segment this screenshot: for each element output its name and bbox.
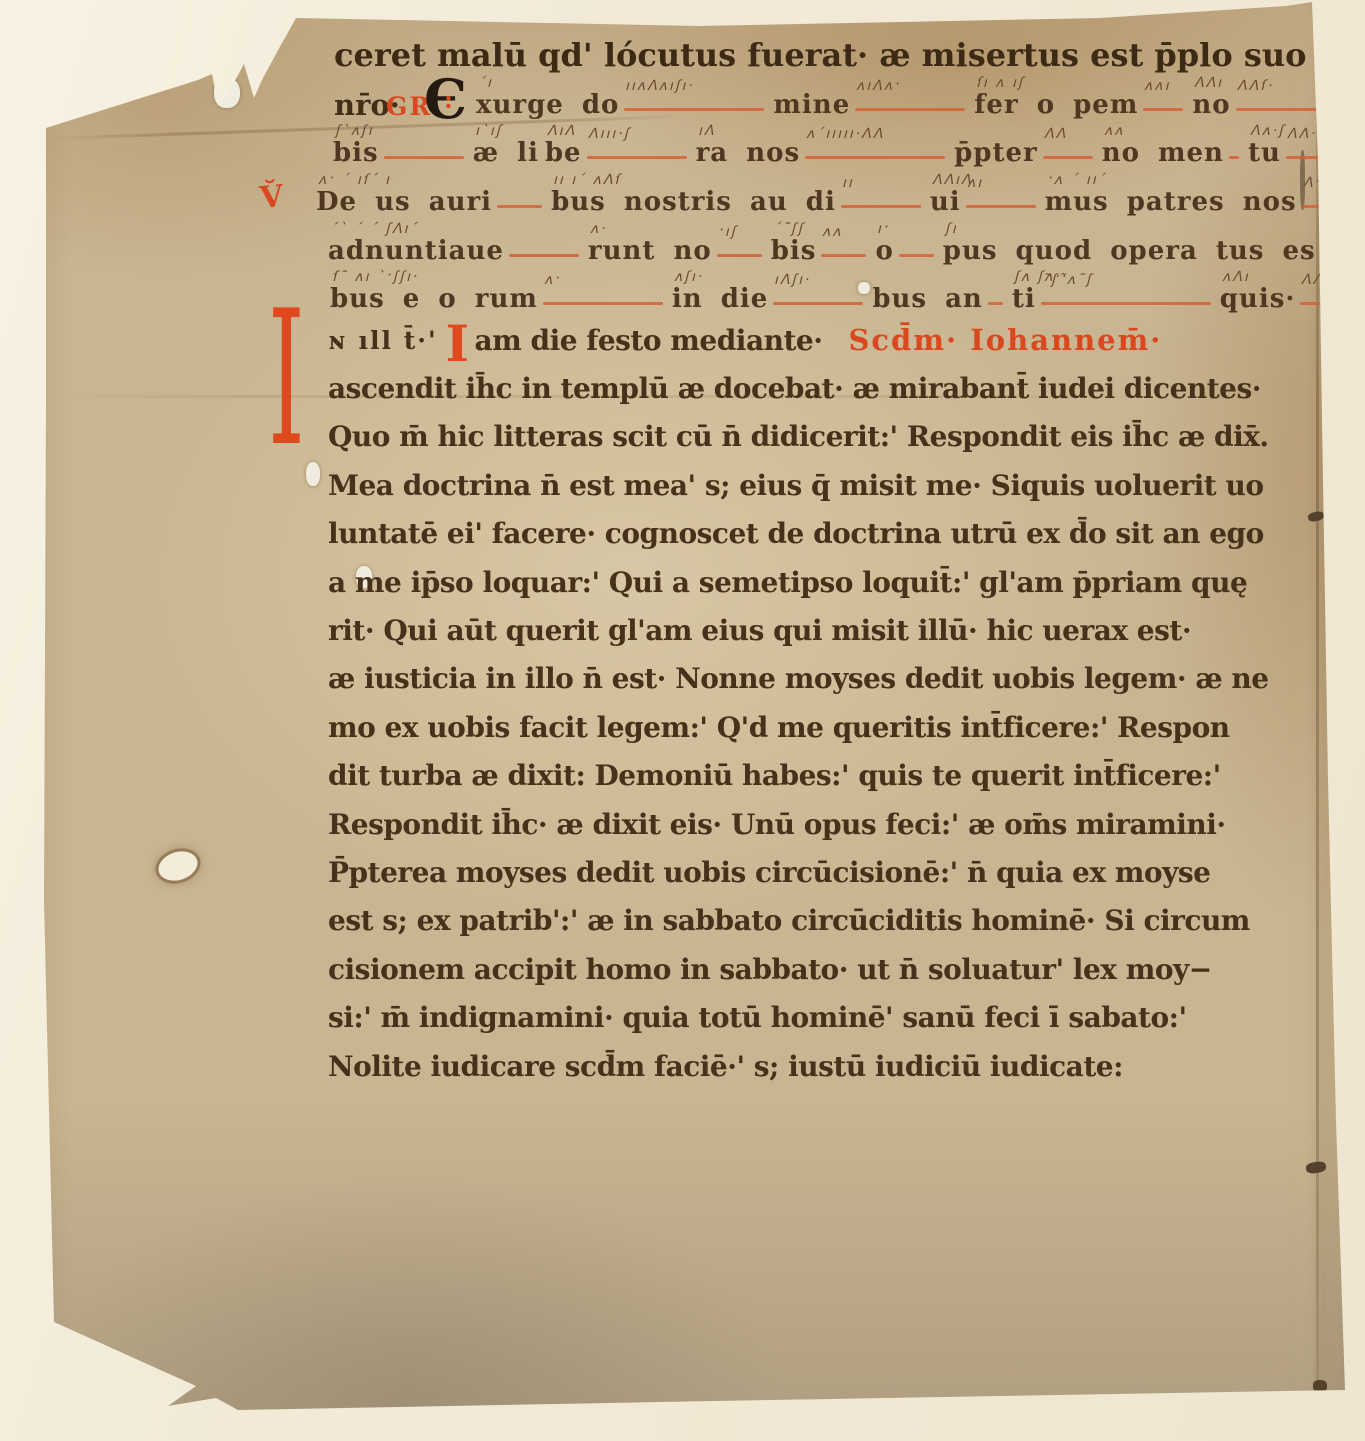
guide-line-extender	[988, 302, 1003, 305]
guide-line-extender: ΛΛΛʃ	[1300, 302, 1365, 305]
guide-line-extender	[509, 254, 579, 257]
parchment-hole	[155, 847, 202, 886]
chant-line: ʌˑ ˊ ıſˊ ıDe us auriıı ıˊ ʌΛſbus nostris…	[316, 163, 1365, 217]
gospel-line: æ iusticia in illo n̄ est· Nonne moyses …	[328, 655, 1269, 703]
guide-line-extender: Λˑʌˑ	[1302, 205, 1365, 208]
neume-group: ſı ʌ ıʃ	[975, 75, 1028, 91]
chant-syllable: ʃʌ ʃʌ··ti˜ʃ˜ʌ˜ʃ	[1012, 284, 1214, 314]
gospel-line: Respondit ih̄c· æ dixit eis· Unū opus fe…	[328, 800, 1269, 848]
gospel-line: ascendit ih̄c in templū æ docebat· æ mir…	[328, 364, 1269, 412]
gospel-line: a me ip̄so loquar:' Qui a semetipso loqu…	[328, 558, 1269, 606]
neume-group: ʌı	[966, 175, 986, 191]
gospel-incipit: ɴ ıll t̄·'	[328, 326, 438, 355]
neume-group: ˑʌ ˊ ııˊ	[1046, 172, 1110, 188]
chant-syllable-text: bus e o rum	[330, 284, 538, 314]
neume-group: ʌ·	[589, 221, 610, 237]
chant-line: ˊˋ ˊ ˊ ʃΛıˊadnuntiaueʌ·runt noˑıʃˊ˜ʃʃbis…	[328, 212, 1365, 266]
neume-group: ΛıΛ	[546, 123, 579, 139]
gospel-line: rit· Qui aūt querit gl'am eius qui misit…	[328, 606, 1269, 654]
stitch-slit	[1313, 1380, 1327, 1392]
gospel-line: mo ex uobis facit legem:' Q'd me queriti…	[328, 703, 1269, 751]
gospel-line: Mea doctrina n̄ est mea' s; eius q̄ misi…	[328, 461, 1269, 509]
gospel-rubric: Scd̄m· Iohannem̄·	[848, 323, 1162, 357]
white-chip	[214, 78, 240, 108]
guide-line-extender: ʌʌ	[821, 254, 866, 257]
chant-syllable-text: in die	[672, 284, 768, 314]
guide-line-extender: ΛΛ·	[1286, 156, 1365, 159]
neume-group: ʌʌ	[1103, 123, 1128, 139]
neume-group: ʌʃı·	[673, 269, 706, 285]
guide-line-extender: ıΛʃı·	[773, 302, 863, 305]
neume-group: ıΛʃı·	[773, 272, 814, 288]
chant-syllable-text: ti	[1012, 284, 1036, 314]
guide-line-extender: ˑıʃ	[717, 254, 762, 257]
neume-group: ıˑ	[876, 221, 893, 237]
gospel-line: Quo m̄ hic litteras scit cū n̄ didicerit…	[328, 413, 1269, 461]
gospel-margin-initial: I	[268, 286, 305, 472]
guide-line-extender: ıı	[841, 205, 921, 208]
guide-line-extender: ʌı	[966, 205, 1036, 208]
chant-line: ˊıxurge doııʌΛʌıʃı·mineʌıΛʌˑſı ʌ ıʃfer o…	[476, 66, 1365, 120]
scan-background: ceret malū qd' lócutus fuerat· æ misertu…	[0, 0, 1365, 1441]
chant-line: ſ˜ ʌı ˋˑʃʃı·bus e o rumʌˑʌʃı·in dieıΛʃı·…	[330, 260, 1365, 314]
stitch-slit	[1307, 510, 1325, 522]
guide-line-extender: ʌʌı	[1143, 108, 1183, 111]
neume-group: Λııı·ʃ	[587, 126, 633, 142]
neume-group: ſ˜ ʌı ˋˑʃʃı·	[331, 269, 421, 285]
guide-line-extender: ΛΛſ·	[1236, 108, 1356, 111]
gospel-line: P̄pterea moyses dedit uobis circūcisionē…	[328, 848, 1269, 896]
guide-line-extender: ʌˊııııı·ΛΛ	[805, 156, 945, 159]
neume-group: Λʌ·ʃ	[1249, 123, 1288, 139]
gospel-line: Nolite iudicare scd̄m faciē·' s; iustū i…	[328, 1042, 1269, 1090]
neume-group: Λˑʌˑ	[1302, 175, 1341, 191]
gospel-line: si:' m̄ indignamini· quia totū hominē' s…	[328, 993, 1269, 1041]
neume-group: ıı ıˊ ʌΛſ	[552, 172, 624, 188]
guide-line-extender: Λııı·ʃ	[587, 156, 687, 159]
neume-group: ıΛ	[697, 123, 718, 139]
gospel-line-1: ɴ ıll t̄·' I am die festo mediante· Scd̄…	[328, 316, 1269, 364]
chant-syllable-text: quis·	[1220, 284, 1296, 314]
gospel-line: cisionem accipit homo in sabbato· ut n̄ …	[328, 945, 1269, 993]
gospel-block: ɴ ıll t̄·' I am die festo mediante· Scd̄…	[328, 316, 1269, 1090]
neume-group: ʌʌı	[1143, 78, 1173, 94]
neume-group: ˜ʃ˜ʌ˜ʃ	[1041, 272, 1096, 288]
neume-group: ıı	[841, 175, 857, 191]
neume-group: ʌˊııııı·ΛΛ	[805, 126, 887, 142]
guide-line-extender	[384, 156, 464, 159]
guide-line-extender: ΛΛ	[1043, 156, 1093, 159]
chant-syllable: ʌʃı·in dieıΛʃı·	[672, 284, 866, 314]
guide-line-extender	[899, 254, 934, 257]
chant-line: ʃˋʌʃıbisıˋıʃæ liΛıΛbeΛııı·ʃıΛra nosʌˊııı…	[333, 114, 1365, 168]
gospel-line: luntatē ei' facere· cognoscet de doctrin…	[328, 510, 1269, 558]
neume-group: ˊı	[477, 75, 496, 91]
neume-group: ˑıʃ	[717, 224, 740, 240]
chant-syllable: bus an	[872, 284, 1006, 314]
neume-group: ΛΛ·	[1286, 126, 1320, 142]
stitch-slit	[1305, 1161, 1326, 1175]
guide-line-extender: ııʌΛʌıʃı·	[624, 108, 764, 111]
gospel-lines: ascendit ih̄c in templū æ docebat· æ mir…	[328, 364, 1269, 1090]
neume-group: ΛΛ	[1043, 126, 1070, 142]
neume-group: ˊˋ ˊ ˊ ʃΛıˊ	[329, 221, 422, 237]
guide-line-extender: ʌˑ	[543, 302, 663, 305]
neume-group: ʌˑ	[543, 272, 564, 288]
chant-syllable-text: bus an	[872, 284, 983, 314]
guide-line-extender: ʌıΛʌˑ	[855, 108, 965, 111]
chant-syllable: ſ˜ ʌı ˋˑʃʃı·bus e o rumʌˑ	[330, 284, 666, 314]
chant-initial-dots: :	[444, 88, 453, 112]
chant-syllable: ʌΛıquis·ΛΛΛʃ	[1220, 284, 1365, 314]
gospel-line: dit turba æ dixit: Demoniū habes:' quis …	[328, 752, 1269, 800]
neume-group: ıˋıʃ	[474, 123, 505, 139]
neume-group: ΛΛΛʃ	[1300, 272, 1345, 288]
parchment: ceret malū qd' lócutus fuerat· æ misertu…	[0, 0, 1365, 1441]
white-chip	[306, 462, 320, 486]
neume-group: ʃˋʌʃı	[334, 123, 377, 139]
neume-group: ʌΛı	[1221, 269, 1253, 285]
guide-line-extender	[1229, 156, 1239, 159]
guide-line-extender	[497, 205, 542, 208]
neume-group: ʃı	[944, 221, 961, 237]
versus-mark: V̆	[258, 179, 285, 216]
neume-group: ʌˑ ˊ ıſˊ ı	[317, 172, 394, 188]
neume-group: ııʌΛʌıʃı·	[624, 78, 697, 94]
neume-group: ʌıΛʌˑ	[855, 78, 904, 94]
neume-group: ΛΛſ·	[1236, 78, 1277, 94]
neume-group: ˊ˜ʃʃ	[772, 221, 807, 237]
gospel-line1-text: am die festo mediante·	[475, 324, 823, 357]
neume-group: ʌʌ	[821, 224, 846, 240]
guide-line-extender: ˜ʃ˜ʌ˜ʃ	[1041, 302, 1211, 305]
neume-group: ΛΛı	[1193, 75, 1226, 91]
gospel-line: est s; ex patrib':' æ in sabbato circūci…	[328, 897, 1269, 945]
